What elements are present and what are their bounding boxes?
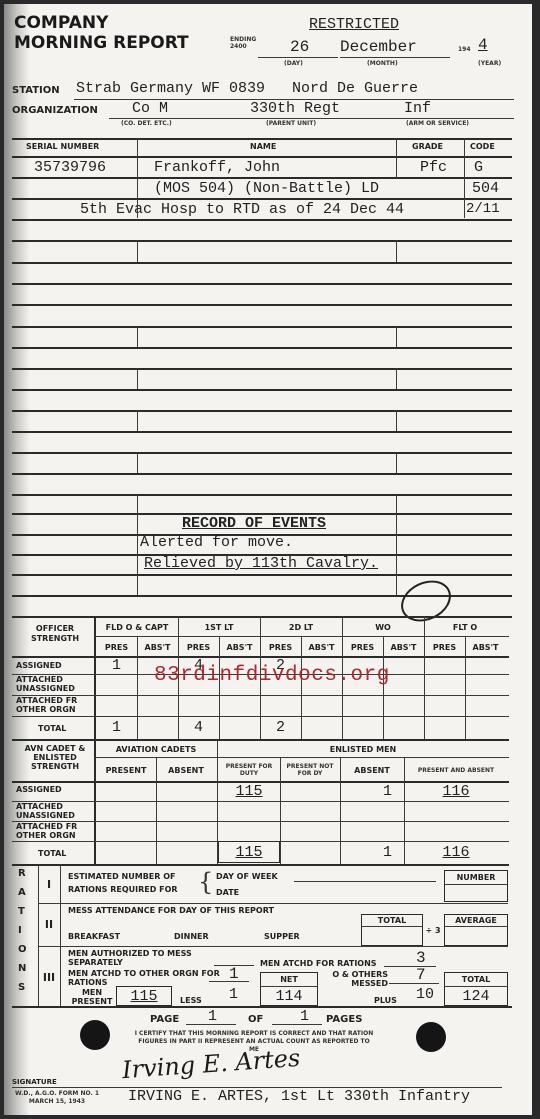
row-label-assigned: ASSIGNED: [16, 661, 62, 670]
rations-label-2: RATIONS REQUIRED FOR: [68, 885, 178, 894]
remark-line-3: 5th Evac Hosp to RTD as of 24 Dec 44: [80, 201, 404, 218]
net-label: NET: [260, 973, 318, 985]
day-of-week-label: DAY OF WEEK: [216, 872, 278, 881]
classification-stamp: RESTRICTED: [309, 16, 399, 33]
mess-average-label: AVERAGE: [444, 914, 508, 926]
divide-by-three: ÷ 3: [424, 916, 442, 944]
record-of-events-title: RECORD OF EVENTS: [182, 515, 326, 532]
rations-label-1: ESTIMATED NUMBER OF: [68, 872, 175, 881]
enlisted-total-value: 116: [404, 841, 508, 863]
side-letter: S: [18, 982, 34, 1001]
brace-icon: {: [198, 868, 213, 896]
col-serial-number: SERIAL NUMBER: [26, 142, 99, 151]
side-letter: I: [18, 925, 34, 944]
binder-hole-left: [80, 1020, 110, 1050]
date-label: DATE: [216, 888, 239, 897]
event-line-1: Alerted for move.: [140, 534, 293, 551]
event-line-2: Relieved by 113th Cavalry.: [144, 555, 378, 572]
col-name: NAME: [250, 142, 276, 151]
subcol-abst: ABS'T: [465, 638, 506, 656]
men-present-label: MEN PRESENT: [68, 988, 116, 1006]
col-code: CODE: [470, 142, 495, 151]
enlisted-value: 116: [404, 781, 508, 801]
plus-value: 10: [416, 986, 434, 1003]
serial-number: 35739796: [34, 159, 106, 176]
subcol-pres: PRES: [260, 638, 301, 656]
side-letter: R: [18, 868, 34, 887]
side-letter: A: [18, 887, 34, 906]
code-line-3: 2/11: [466, 201, 500, 217]
year-caption: (YEAR): [478, 60, 501, 67]
o-others-messed-value: 7: [416, 966, 426, 984]
total-pages: 1: [300, 1008, 309, 1025]
o-others-messed-label: O & OTHERS MESSED: [332, 970, 388, 988]
station-value: Strab Germany WF 0839 Nord De Guerre: [76, 80, 418, 97]
watermark: 83rdinfdivdocs.org: [154, 664, 390, 687]
row-label-total: TOTAL: [38, 724, 66, 733]
page-number: 1: [208, 1008, 217, 1025]
group-enlisted-men: ENLISTED MEN: [218, 741, 508, 757]
signer-typed-name: IRVING E. ARTES, 1st Lt 330th Infantry: [128, 1088, 470, 1105]
officer-strength-title: OFFICER STRENGTH: [20, 624, 90, 644]
dinner-label: DINNER: [174, 932, 209, 941]
month-caption: (MONTH): [367, 60, 398, 67]
arm-caption: (ARM OR SERVICE): [406, 120, 469, 127]
atchd-other-orgn-label: MEN ATCHD TO OTHER ORGN FOR RATIONS: [68, 969, 248, 987]
group-aviation-cadets: AVIATION CADETS: [96, 741, 216, 757]
remark-line-2: (MOS 504) (Non-Battle) LD: [154, 180, 379, 197]
report-day: 26: [290, 38, 309, 56]
group-1st-lt: 1ST LT: [178, 618, 260, 636]
officer-total-value: 1: [96, 716, 137, 738]
group-2d-lt: 2D LT: [260, 618, 342, 636]
year-prefix: 194: [458, 46, 471, 53]
row-label-attached-unassigned: ATTACHED UNASSIGNED: [16, 802, 94, 820]
enlisted-total-value: 1: [340, 841, 404, 863]
form-identifier: W.D., A.G.O. FORM NO. 1 MARCH 15, 1943: [12, 1090, 102, 1106]
col-grade: GRADE: [412, 142, 443, 151]
signature-label: SIGNATURE: [12, 1078, 57, 1086]
unit-caption: (CO. DET. ETC.): [121, 120, 172, 127]
less-value: 1: [229, 986, 238, 1003]
rations-total-label: TOTAL: [444, 973, 508, 985]
less-label: LESS: [180, 996, 202, 1005]
section-ii-number: II: [38, 904, 60, 944]
row-label-assigned: ASSIGNED: [16, 785, 62, 794]
section-i-number: I: [38, 866, 60, 902]
men-present-value: 115: [116, 986, 172, 1006]
rations-side-label: R A T I O N S: [18, 868, 34, 1001]
morning-report-document: COMPANY MORNING REPORT RESTRICTED ENDING…: [4, 4, 532, 1115]
officer-total-value: 2: [260, 716, 301, 738]
atchd-for-rations-value: 3: [416, 949, 426, 967]
side-letter: O: [18, 944, 34, 963]
row-label-attached-other: ATTACHED FR OTHER ORGN: [16, 696, 94, 714]
station-label: STATION: [12, 85, 60, 96]
form-title-line1: COMPANY: [14, 14, 108, 32]
day-caption: (DAY): [284, 60, 303, 67]
side-letter: T: [18, 906, 34, 925]
row-label-attached-unassigned: ATTACHED UNASSIGNED: [16, 675, 94, 693]
ending-label: ENDING 2400: [230, 36, 252, 50]
subcol-present-and-absent: PRESENT AND ABSENT: [404, 759, 508, 781]
enlisted-value: 115: [218, 781, 280, 801]
section-iii-number: III: [38, 948, 60, 1006]
subcol-pres: PRES: [96, 638, 137, 656]
subcol-present-not-for-duty: PRESENT NOT FOR DY: [280, 759, 340, 781]
mess-total-label: TOTAL: [361, 914, 423, 926]
page-label: PAGE: [150, 1014, 179, 1025]
group-fld-capt: FLD O & CAPT: [96, 618, 178, 636]
plus-label: PLUS: [374, 996, 397, 1005]
code-line-2: 504: [472, 180, 499, 197]
subcol-enlisted-absent: ABSENT: [340, 759, 404, 781]
row-label-attached-other: ATTACHED FR OTHER ORGN: [16, 822, 94, 840]
of-label: OF: [248, 1014, 263, 1025]
subcol-pres: PRES: [424, 638, 465, 656]
subcol-pres: PRES: [178, 638, 219, 656]
pages-label: PAGES: [326, 1014, 362, 1025]
soldier-name: Frankoff, John: [154, 159, 280, 176]
subcol-abst: ABS'T: [219, 638, 260, 656]
enlisted-strength-title: AVN CADET & ENLISTED STRENGTH: [16, 744, 94, 771]
side-letter: N: [18, 963, 34, 982]
row-label-total: TOTAL: [38, 849, 66, 858]
rations-total-value: 124: [444, 987, 508, 1005]
soldier-grade: Pfc: [420, 159, 447, 176]
subcol-abst: ABS'T: [137, 638, 178, 656]
report-month: December: [340, 38, 417, 56]
officer-total-value: 4: [178, 716, 219, 738]
organization-unit: Co M: [132, 100, 168, 117]
organization-parent: 330th Regt: [250, 100, 340, 117]
subcol-abst: ABS'T: [383, 638, 424, 656]
group-flt-o: FLT O: [424, 618, 506, 636]
subcol-pres: PRES: [342, 638, 383, 656]
breakfast-label: BREAKFAST: [68, 932, 120, 941]
form-title-line2: MORNING REPORT: [14, 34, 189, 52]
subcol-abst: ABS'T: [301, 638, 342, 656]
atchd-for-rations-label: MEN ATCHD FOR RATIONS: [260, 959, 377, 968]
duty-code: G: [474, 159, 483, 176]
report-year: 4: [478, 36, 488, 54]
net-value: 114: [260, 987, 318, 1005]
subcol-present-for-duty: PRESENT FOR DUTY: [218, 759, 280, 781]
supper-label: SUPPER: [264, 932, 300, 941]
number-label: NUMBER: [444, 871, 508, 884]
officer-value: 1: [96, 656, 137, 674]
binder-hole-right: [416, 1022, 446, 1052]
organization-arm: Inf: [404, 100, 431, 117]
group-wo: WO: [342, 618, 424, 636]
enlisted-value: 1: [340, 781, 404, 801]
parent-caption: (PARENT UNIT): [266, 120, 316, 127]
organization-label: ORGANIZATION: [12, 105, 98, 116]
subcol-cadet-present: PRESENT: [96, 759, 156, 781]
subcol-cadet-absent: ABSENT: [156, 759, 216, 781]
enlisted-total-value: 115: [218, 841, 280, 863]
mess-attendance-label: MESS ATTENDANCE FOR DAY OF THIS REPORT: [68, 906, 274, 915]
